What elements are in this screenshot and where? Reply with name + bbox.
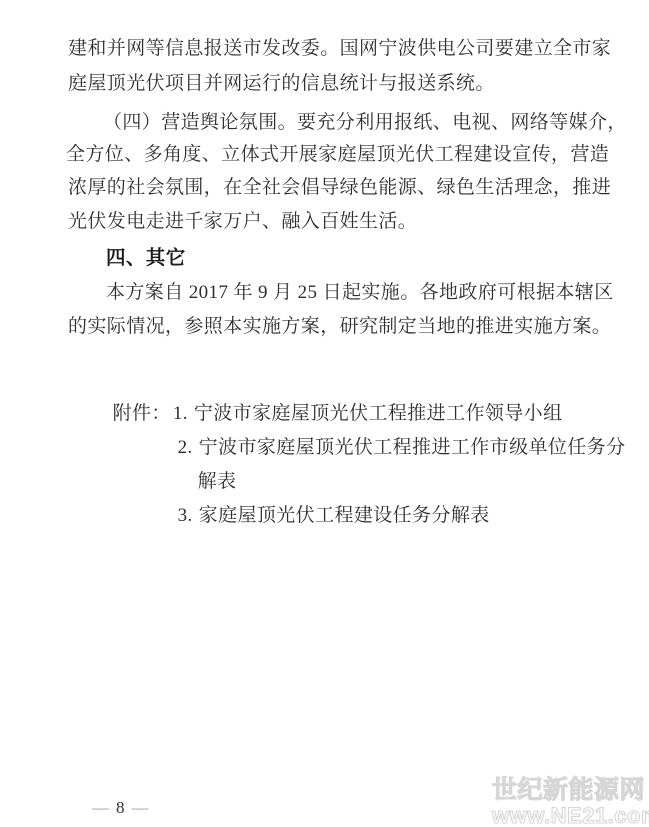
watermark: 世纪新能源网 www.NE21.com [492, 778, 649, 827]
watermark-site-name: 世纪新能源网 [492, 778, 649, 803]
page-number-value: 8 [116, 798, 125, 818]
body-line: 建和并网等信息报送市发改委。国网宁波供电公司要建立全市家 [68, 38, 611, 60]
page-number-dash-left: — [92, 798, 109, 818]
body-line: 庭屋顶光伏项目并网运行的信息统计与报送系统。 [68, 73, 495, 95]
body-line: 浓厚的社会氛围，在全社会倡导绿色能源、绿色生活理念，推进 [68, 177, 611, 199]
watermark-site-url: www.NE21.com [492, 805, 649, 827]
section-heading: 四、其它 [106, 247, 186, 269]
body-line: 全方位、多角度、立体式开展家庭屋顶光伏工程建设宣传，营造 [66, 144, 609, 166]
attachment-title: 家庭屋顶光伏工程建设任务分解表 [199, 505, 490, 526]
body-line: （四）营造舆论氛围。要充分利用报纸、电视、网络等媒介， [103, 112, 627, 134]
page-number-dash-right: — [132, 798, 149, 818]
attachment-title: 宁波市家庭屋顶光伏工程推进工作市级单位任务分 [199, 437, 626, 458]
body-line: 本方案自 2017 年 9 月 25 日起实施。各地政府可根据本辖区 [106, 282, 614, 304]
attachment-number: 3. [178, 505, 193, 526]
page-number: — 8 — [92, 798, 149, 818]
document-page: 建和并网等信息报送市发改委。国网宁波供电公司要建立全市家 庭屋顶光伏项目并网运行… [0, 0, 649, 827]
body-line: 的实际情况，参照本实施方案，研究制定当地的推进实施方案。 [68, 316, 611, 338]
body-line: 光伏发电走进千家万户、融入百姓生活。 [68, 211, 417, 233]
attachment-line: 3.家庭屋顶光伏工程建设任务分解表 [157, 483, 490, 549]
